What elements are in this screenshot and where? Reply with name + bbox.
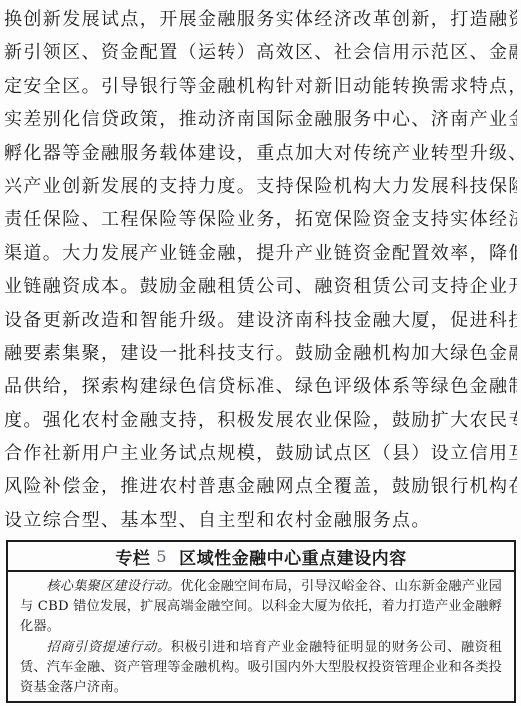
box-body: 核心集聚区建设行动。优化金融空间布局，引导汉峪金谷、山东新金融产业园与 CBD … — [8, 572, 514, 698]
text-line: 实差别化信贷政策，推动济南国际金融服务中心、济南产业金融 — [4, 103, 517, 136]
text-line: 设立综合型、基本型、自主型和农村金融服务点。 — [4, 504, 517, 537]
column-box: 专栏 5 区域性金融中心重点建设内容 核心集聚区建设行动。优化金融空间布局，引导… — [6, 540, 516, 703]
main-text-block: 换创新发展试点，开展金融服务实体经济改革创新，打造融资创新引领区、资金配置（运转… — [4, 3, 517, 537]
text-line: 责任保险、工程保险等保险业务，拓宽保险资金支持实体经济的 — [4, 203, 517, 236]
text-line: 品供给，探索构建绿色信贷标准、绿色评级体系等绿色金融制 — [4, 370, 517, 403]
text-line: 业链融资成本。鼓励金融租赁公司、融资租赁公司支持企业开展 — [4, 270, 517, 303]
text-line: 设备更新改造和智能升级。建设济南科技金融大厦，促进科技金 — [4, 304, 517, 337]
text-line: 渠道。大力发展产业链金融，提升产业链资金配置效率，降低产 — [4, 237, 517, 270]
text-line: 风险补偿金，推进农村普惠金融网点全覆盖，鼓励银行机构在村 — [4, 470, 517, 503]
text-line: 兴产业创新发展的支持力度。支持保险机构大力发展科技保险、 — [4, 170, 517, 203]
box-paragraph-1-lead: 核心集聚区建设行动。 — [46, 579, 180, 594]
text-line: 孵化器等金融服务载体建设，重点加大对传统产业转型升级、新 — [4, 137, 517, 170]
text-line: 新引领区、资金配置（运转）高效区、社会信用示范区、金融稳 — [4, 36, 517, 69]
text-line: 换创新发展试点，开展金融服务实体经济改革创新，打造融资创 — [4, 3, 517, 36]
box-paragraph-1: 核心集聚区建设行动。优化金融空间布局，引导汉峪金谷、山东新金融产业园与 CBD … — [20, 577, 502, 638]
text-line: 度。强化农村金融支持，积极发展农业保险，鼓励扩大农民专业 — [4, 404, 517, 437]
box-header-label: 专栏 — [115, 544, 150, 569]
box-header: 专栏 5 区域性金融中心重点建设内容 — [8, 542, 514, 572]
text-line: 合作社新用户主业务试点规模，鼓励试点区（县）设立信用互助 — [4, 437, 517, 470]
text-line: 融要素集聚，建设一批科技支行。鼓励金融机构加大绿色金融产 — [4, 337, 517, 370]
box-paragraph-2: 招商引资提速行动。积极引进和培育产业金融特征明显的财务公司、融资租赁、汽车金融、… — [20, 638, 502, 699]
box-paragraph-2-lead: 招商引资提速行动。 — [46, 640, 170, 655]
box-header-number: 5 — [156, 547, 167, 566]
text-line: 定安全区。引导银行等金融机构针对新旧动能转换需求特点，落 — [4, 70, 517, 103]
box-header-title: 区域性金融中心重点建设内容 — [179, 544, 407, 569]
